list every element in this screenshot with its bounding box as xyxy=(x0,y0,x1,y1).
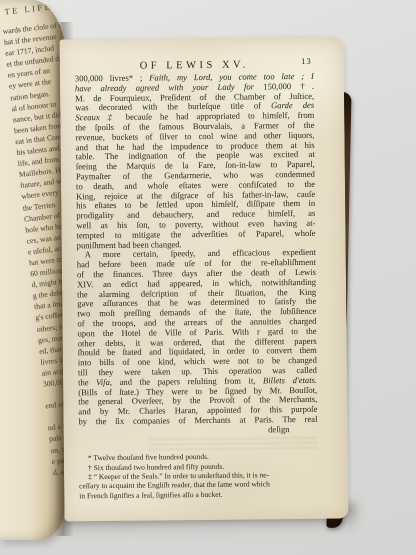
book-photograph: TE LIFE wards the cloſe of thhat if the … xyxy=(0,0,416,555)
footnote-line: in French ſignifies a ſeal, ſignifies al… xyxy=(79,488,318,500)
left-page-running-header: TE LIFE xyxy=(4,0,66,17)
page-header-row: OF LEWIS XV. 13 xyxy=(75,54,314,70)
right-page: OF LEWIS XV. 13 300,000 livres* ; Faith,… xyxy=(59,37,348,522)
footnotes: * Twelve thouſand five hundred pounds.† … xyxy=(79,451,318,500)
page-number: 13 xyxy=(301,56,312,66)
page-text-block: OF LEWIS XV. 13 300,000 livres* ; Faith,… xyxy=(75,54,319,500)
show-through-texture xyxy=(149,436,318,451)
running-header: OF LEWIS XV. xyxy=(140,60,249,72)
left-page-text: TE LIFE wards the cloſe of thhat if the … xyxy=(0,0,66,479)
main-text: 300,000 livres* ; Faith, my Lord, you co… xyxy=(75,72,318,427)
left-page-edge: TE LIFE wards the cloſe of thhat if the … xyxy=(0,0,66,540)
left-page-fragments: wards the cloſe of thhat if the revenuee… xyxy=(0,14,66,478)
